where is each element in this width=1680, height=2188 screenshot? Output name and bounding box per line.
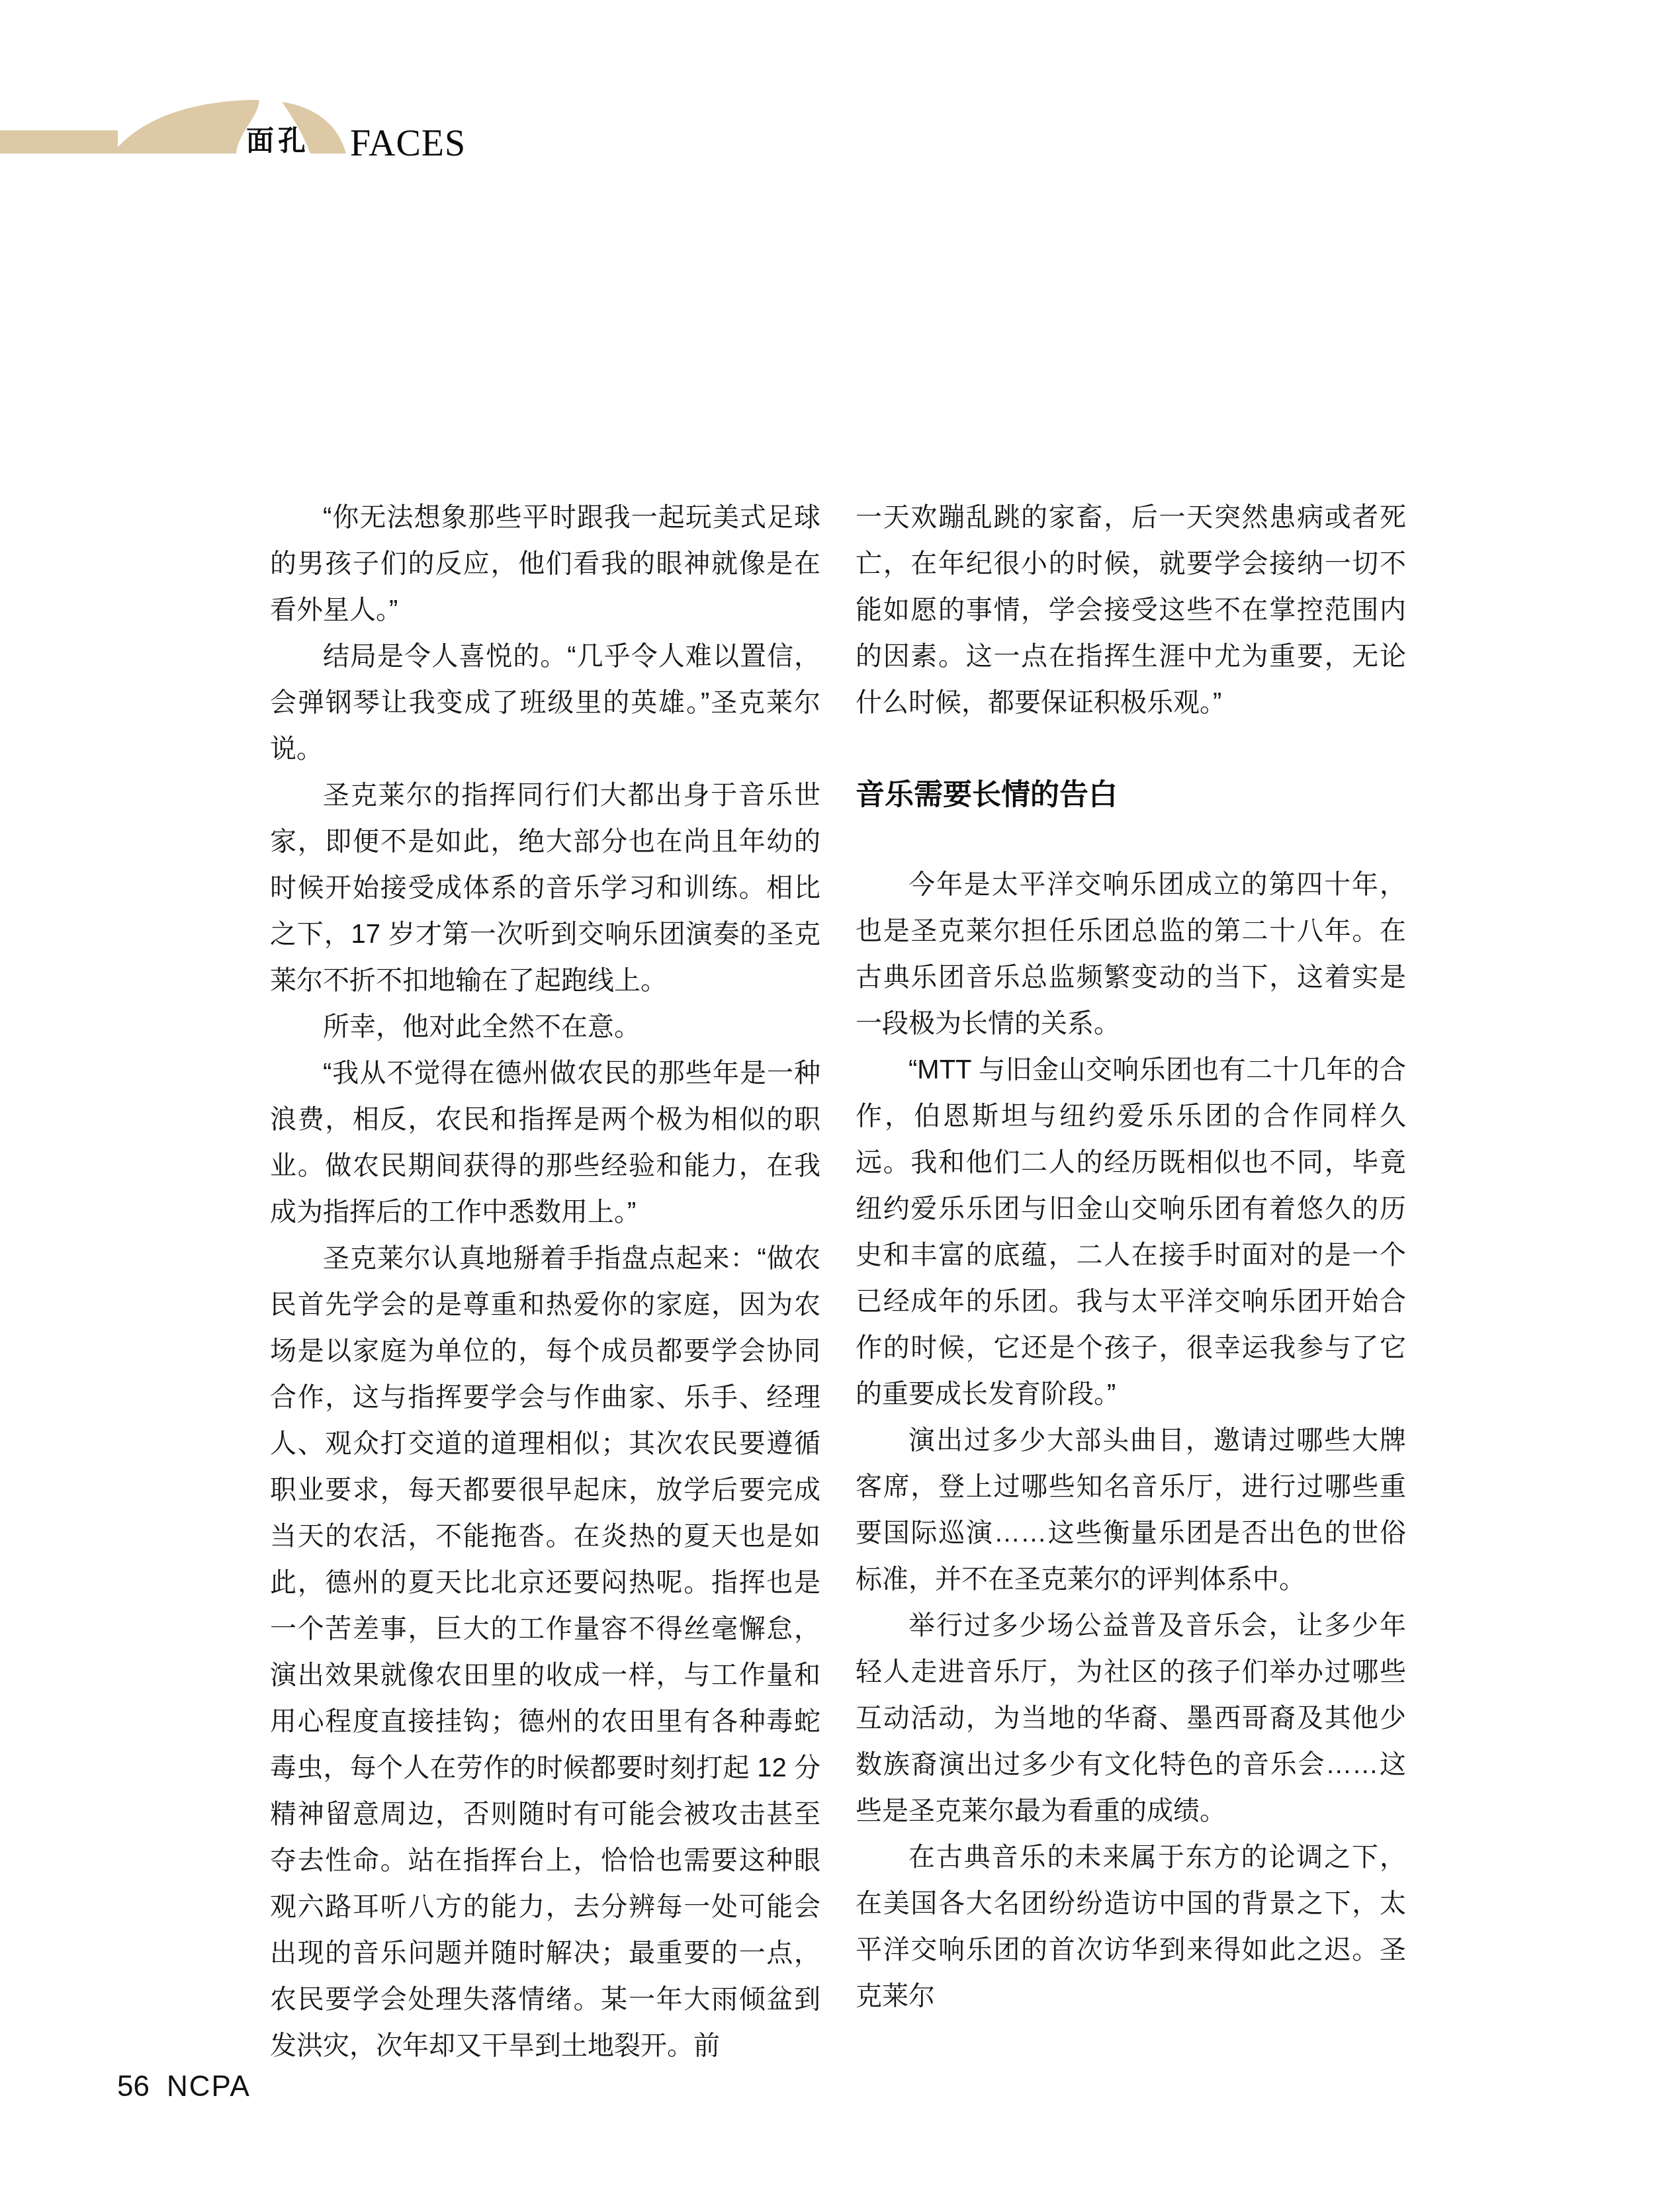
header-dome <box>112 100 346 153</box>
paragraph: 圣克莱尔认真地掰着手指盘点起来：“做农民首先学会的是尊重和热爱你的家庭，因为农场… <box>270 1235 820 2069</box>
magazine-page: 面孔 FACES “你无法想象那些平时跟我一起玩美式足球的男孩子们的反应，他们看… <box>0 0 1680 2188</box>
paragraph: “我从不觉得在德州做农民的那些年是一种浪费，相反，农民和指挥是两个极为相似的职业… <box>270 1050 820 1235</box>
journal-code: NCPA <box>167 2070 251 2103</box>
paragraph: 所幸，他对此全然不在意。 <box>270 1004 820 1050</box>
page-footer: 56NCPA <box>117 2071 251 2103</box>
paragraph: 圣克莱尔的指挥同行们大都出身于音乐世家，即便不是如此，绝大部分也在尚且年幼的时候… <box>270 772 820 1004</box>
section-title-zh: 面孔 <box>246 127 310 155</box>
section-title-en: FACES <box>350 125 466 162</box>
right-column: 一天欢蹦乱跳的家畜，后一天突然患病或者死亡，在年纪很小的时候，就要学会接纳一切不… <box>856 494 1406 2019</box>
paragraph: “你无法想象那些平时跟我一起玩美式足球的男孩子们的反应，他们看我的眼神就像是在看… <box>270 494 820 633</box>
paragraph: “MTT 与旧金山交响乐团也有二十几年的合作，伯恩斯坦与纽约爱乐乐团的合作同样久… <box>856 1047 1406 1417</box>
left-column: “你无法想象那些平时跟我一起玩美式足球的男孩子们的反应，他们看我的眼神就像是在看… <box>270 494 820 2069</box>
page-header: 面孔 FACES <box>0 0 596 198</box>
section-heading: 音乐需要长情的告白 <box>856 779 1406 812</box>
paragraph: 今年是太平洋交响乐团成立的第四十年，也是圣克莱尔担任乐团总监的第二十八年。在古典… <box>856 861 1406 1047</box>
page-number: 56 <box>117 2070 150 2103</box>
paragraph: 在古典音乐的未来属于东方的论调之下，在美国各大名团纷纷造访中国的背景之下，太平洋… <box>856 1834 1406 2019</box>
paragraph: 举行过多少场公益普及音乐会，让多少年轻人走进音乐厅，为社区的孩子们举办过哪些互动… <box>856 1602 1406 1834</box>
header-bar <box>0 130 118 153</box>
header-graphic <box>0 0 596 198</box>
paragraph: 结局是令人喜悦的。“几乎令人难以置信，会弹钢琴让我变成了班级里的英雄。”圣克莱尔… <box>270 633 820 772</box>
paragraph: 一天欢蹦乱跳的家畜，后一天突然患病或者死亡，在年纪很小的时候，就要学会接纳一切不… <box>856 494 1406 726</box>
paragraph: 演出过多少大部头曲目，邀请过哪些大牌客席，登上过哪些知名音乐厅，进行过哪些重要国… <box>856 1417 1406 1602</box>
